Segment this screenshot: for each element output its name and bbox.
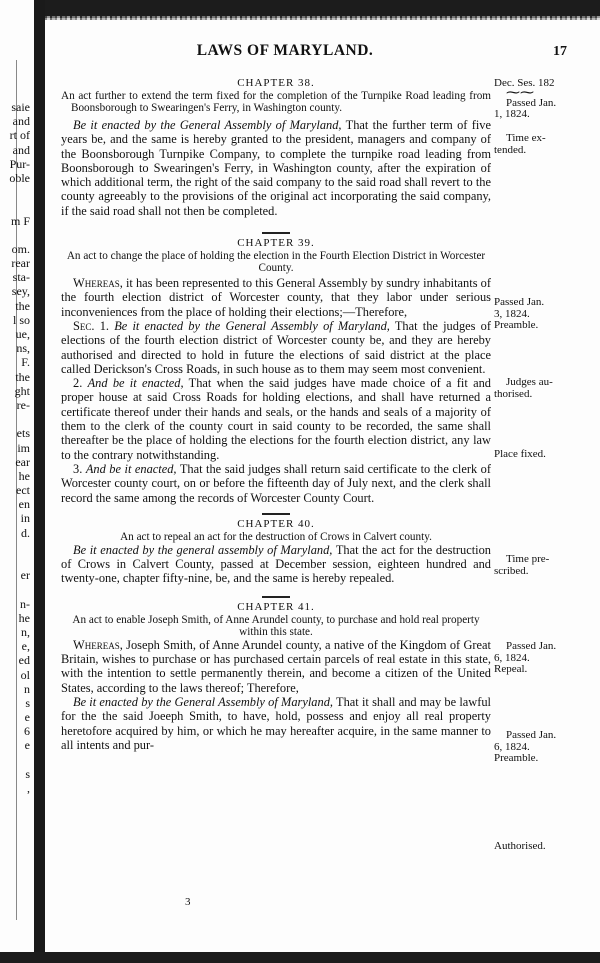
fragment-line: he <box>0 611 30 625</box>
margin-text: thorised. <box>494 389 574 401</box>
margin-text: tended. <box>494 145 574 157</box>
fragment-line <box>0 185 30 199</box>
enacting-clause: Be it enacted by the General Assembly of… <box>114 319 390 333</box>
enacting-paragraph: Be it enacted by the General Assembly of… <box>61 695 491 752</box>
section-rule <box>262 513 290 515</box>
margin-note-ch40: Passed Jan. 6, 1824. Repeal. <box>494 641 574 676</box>
fragment-line: s <box>0 696 30 710</box>
fragment-line: ght <box>0 384 30 398</box>
section-prefix: Sec. 1. <box>73 319 109 333</box>
margin-text: Judges au- <box>494 377 574 389</box>
fragment-line <box>0 228 30 242</box>
chapter-title: An act to change the place of holding th… <box>61 250 491 274</box>
fragment-line: ear <box>0 455 30 469</box>
fragment-line: F. <box>0 355 30 369</box>
page-body: CHAPTER 38. An act further to extend the… <box>61 77 491 752</box>
repeal-note: Repeal. <box>494 664 574 676</box>
fragment-line: and <box>0 143 30 157</box>
adjacent-page-fragment: saieandrt ofandPur-oble m F om.rearsta-s… <box>0 100 30 795</box>
fragment-line: ets <box>0 426 30 440</box>
passed-date: Passed Jan. <box>494 730 574 742</box>
fragment-line <box>0 199 30 213</box>
chapter-heading: CHAPTER 40. <box>61 518 491 531</box>
margin-note-ch41: Passed Jan. 6, 1824. Preamble. <box>494 730 574 765</box>
fragment-line: re- <box>0 398 30 412</box>
margin-note-judges: Judges au- thorised. <box>494 377 574 400</box>
section-paragraph: 2. And be it enacted, That when the said… <box>61 376 491 462</box>
margin-note-authorised: Authorised. <box>494 841 574 853</box>
fragment-line: ue, <box>0 327 30 341</box>
fragment-line <box>0 412 30 426</box>
margin-note-place-fixed: Place fixed. <box>494 449 574 461</box>
fragment-line: s <box>0 767 30 781</box>
chapter-heading: CHAPTER 39. <box>61 237 491 250</box>
paragraph-text: Joseph Smith, of Anne Arundel county, a … <box>61 638 491 695</box>
enacting-clause: Be it enacted by the General Assembly of… <box>73 118 342 132</box>
paragraph-text: That the further term of five years be, … <box>61 118 491 218</box>
fragment-line: oble <box>0 171 30 185</box>
margin-text: Place fixed. <box>494 449 574 461</box>
fragment-line: rear <box>0 256 30 270</box>
enacting-clause: And be it enacted, <box>88 376 184 390</box>
fragment-line: he <box>0 469 30 483</box>
whereas-prefix: Whereas, <box>73 276 123 290</box>
fragment-line: Pur- <box>0 157 30 171</box>
enacting-clause: Be it enacted by the general assembly of… <box>73 543 332 557</box>
enacting-paragraph: Be it enacted by the general assembly of… <box>61 543 491 586</box>
fragment-line: im <box>0 441 30 455</box>
scan-top-noise <box>40 16 600 20</box>
fragment-line: n <box>0 682 30 696</box>
margin-text: Time pre- <box>494 554 574 566</box>
fragment-line: e, <box>0 639 30 653</box>
chapter-39: CHAPTER 39. An act to change the place o… <box>61 237 491 515</box>
fragment-line <box>0 540 30 554</box>
margin-note-ch39: Passed Jan. 3, 1824. Preamble. <box>494 297 574 332</box>
chapter-41: CHAPTER 41. An act to enable Joseph Smit… <box>61 601 491 752</box>
fragment-line <box>0 582 30 596</box>
fragment-line: ns, <box>0 341 30 355</box>
fragment-line: ect <box>0 483 30 497</box>
fragment-line: rt of <box>0 128 30 142</box>
chapter-heading: CHAPTER 41. <box>61 601 491 614</box>
running-head: LAWS OF MARYLAND. <box>80 42 490 60</box>
fragment-line: n, <box>0 625 30 639</box>
enacting-clause: Be it enacted by the General Assembly of… <box>73 695 333 709</box>
chapter-title: An act to enable Joseph Smith, of Anne A… <box>61 614 491 638</box>
passed-date-cont: 1, 1824. <box>494 109 574 121</box>
margin-note-time-extended: Time ex- tended. <box>494 133 574 156</box>
scan-bottom-edge <box>0 952 600 963</box>
fragment-line: er <box>0 568 30 582</box>
fragment-line: n- <box>0 597 30 611</box>
fragment-line <box>0 554 30 568</box>
paragraph-text: it has been represented to this General … <box>61 276 491 319</box>
margin-text: Time ex- <box>494 133 574 145</box>
fragment-line: saie <box>0 100 30 114</box>
preamble-note: Preamble. <box>494 320 574 332</box>
fragment-line: and <box>0 114 30 128</box>
fragment-line: 6 <box>0 724 30 738</box>
fragment-line: in <box>0 511 30 525</box>
enacting-clause: And be it enacted, <box>86 462 177 476</box>
fragment-line: l so <box>0 313 30 327</box>
fragment-line: e <box>0 738 30 752</box>
fragment-line: sta- <box>0 270 30 284</box>
section-rule <box>262 232 290 234</box>
fragment-line: d. <box>0 526 30 540</box>
fragment-line: , <box>0 781 30 795</box>
fragment-line: om. <box>0 242 30 256</box>
section-prefix: 3. <box>73 462 82 476</box>
fragment-line <box>0 753 30 767</box>
chapter-40: CHAPTER 40. An act to repeal an act for … <box>61 518 491 598</box>
fragment-line: the <box>0 370 30 384</box>
fragment-line: the <box>0 299 30 313</box>
fragment-line: ol <box>0 668 30 682</box>
margin-text: scribed. <box>494 566 574 578</box>
chapter-38: CHAPTER 38. An act further to extend the… <box>61 77 491 234</box>
preamble-paragraph: Whereas, Joseph Smith, of Anne Arundel c… <box>61 638 491 695</box>
fragment-line: sey, <box>0 284 30 298</box>
signature-mark: 3 <box>185 896 191 908</box>
fragment-line: e <box>0 710 30 724</box>
margin-note-ch38: Dec. Ses. 182 ⁓⁓ Passed Jan. 1, 1824. <box>494 78 574 121</box>
preamble-paragraph: Whereas, it has been represented to this… <box>61 276 491 319</box>
margin-text: Authorised. <box>494 841 574 853</box>
preamble-note: Preamble. <box>494 753 574 765</box>
fragment-line: en <box>0 497 30 511</box>
section-paragraph: Sec. 1. Be it enacted by the General Ass… <box>61 319 491 376</box>
book-spine-gutter <box>34 0 45 963</box>
enacting-paragraph: Be it enacted by the General Assembly of… <box>61 118 491 218</box>
margin-note-time-prescribed: Time pre- scribed. <box>494 554 574 577</box>
page-number: 17 <box>553 44 567 60</box>
whereas-prefix: Whereas, <box>73 638 123 652</box>
passed-date: Passed Jan. <box>494 641 574 653</box>
chapter-heading: CHAPTER 38. <box>61 77 491 90</box>
fragment-line: m F <box>0 214 30 228</box>
section-prefix: 2. <box>73 376 82 390</box>
section-rule <box>262 596 290 598</box>
passed-date: Passed Jan. <box>494 297 574 309</box>
fragment-line: ed <box>0 653 30 667</box>
chapter-title: An act further to extend the term fixed … <box>61 90 491 114</box>
section-paragraph: 3. And be it enacted, That the said judg… <box>61 462 491 505</box>
chapter-title: An act to repeal an act for the destruct… <box>61 531 491 543</box>
